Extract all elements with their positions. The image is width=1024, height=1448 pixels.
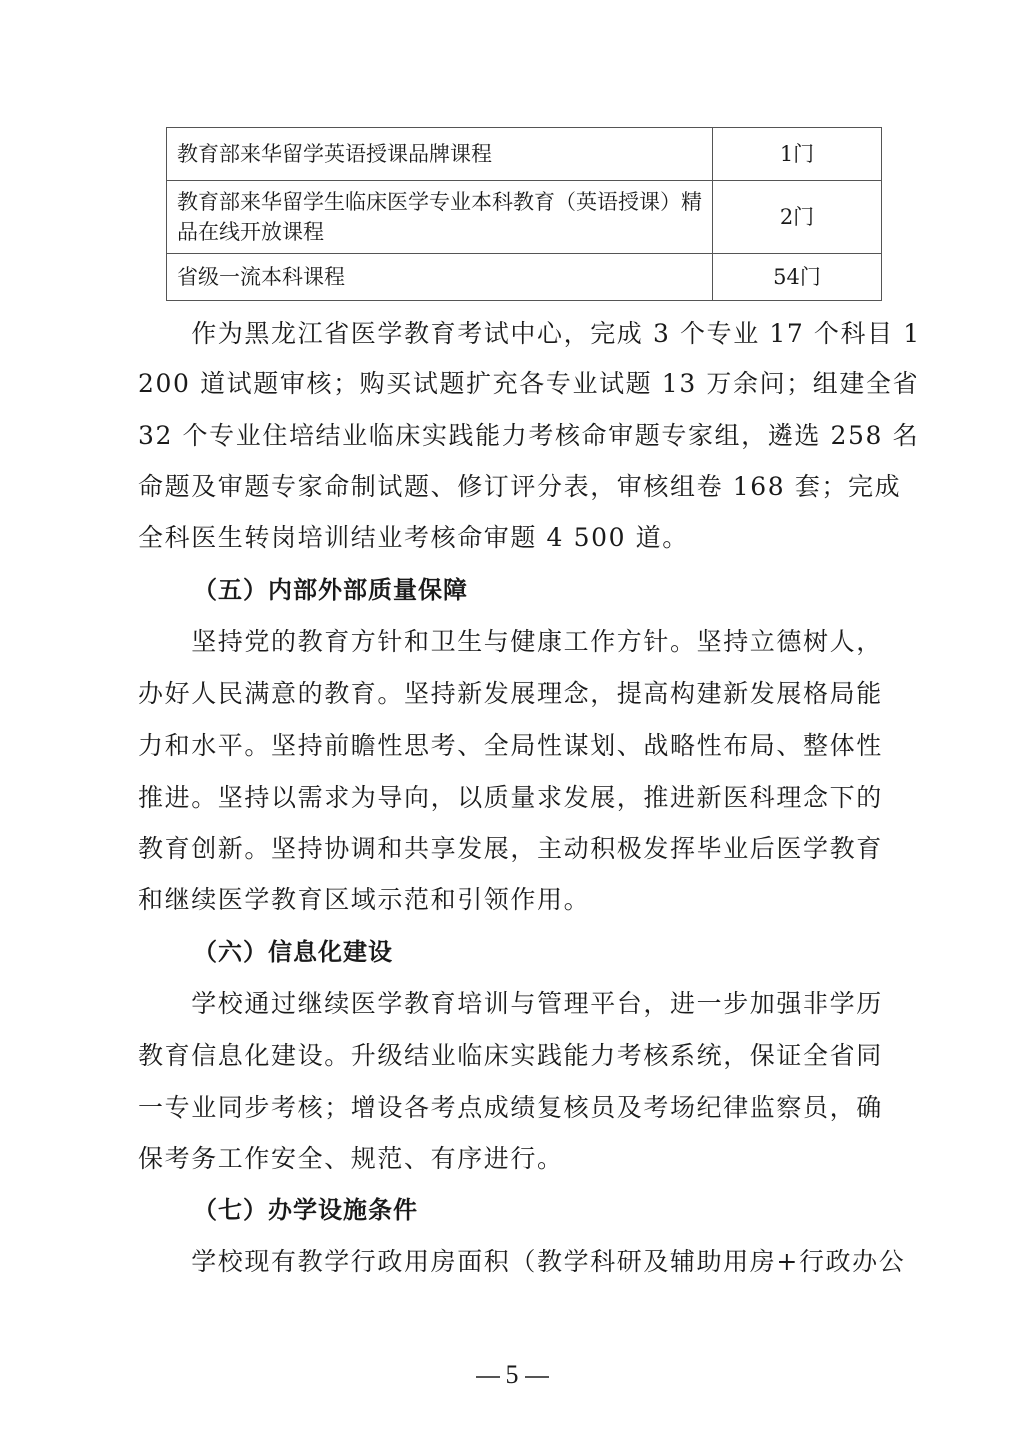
course-name: 教育部来华留学生临床医学专业本科教育（英语授课）精品在线开放课程 xyxy=(167,181,713,254)
course-name: 省级一流本科课程 xyxy=(167,254,713,301)
course-count: 1门 xyxy=(713,128,882,181)
paragraph-line: 坚持党的教育方针和卫生与健康工作方针。坚持立德树人， xyxy=(138,622,914,658)
paragraph-line: 200 道试题审核；购买试题扩充各专业试题 13 万余问；组建全省 xyxy=(138,364,914,400)
paragraph-line: 保考务工作安全、规范、有序进行。 xyxy=(138,1139,914,1175)
document-page: 教育部来华留学英语授课品牌课程 1门 教育部来华留学生临床医学专业本科教育（英语… xyxy=(0,0,1024,1448)
table-row: 教育部来华留学生临床医学专业本科教育（英语授课）精品在线开放课程 2门 xyxy=(167,181,882,254)
paragraph-line: 力和水平。坚持前瞻性思考、全局性谋划、战略性布局、整体性 xyxy=(138,726,914,762)
paragraph-line: 学校通过继续医学教育培训与管理平台，进一步加强非学历 xyxy=(138,984,914,1020)
paragraph-line: 命题及审题专家命制试题、修订评分表，审核组卷 168 套；完成 xyxy=(138,467,914,503)
paragraph-line: 全科医生转岗培训结业考核命审题 4 500 道。 xyxy=(138,518,914,554)
courses-table: 教育部来华留学英语授课品牌课程 1门 教育部来华留学生临床医学专业本科教育（英语… xyxy=(166,127,882,301)
paragraph-line: 推进。坚持以需求为导向，以质量求发展，推进新医科理念下的 xyxy=(138,778,914,814)
table-row: 教育部来华留学英语授课品牌课程 1门 xyxy=(167,128,882,181)
dash-decoration xyxy=(525,1376,549,1378)
table-row: 省级一流本科课程 54门 xyxy=(167,254,882,301)
paragraph-line: 作为黑龙江省医学教育考试中心，完成 3 个专业 17 个科目 1 xyxy=(138,314,914,350)
paragraph-line: 和继续医学教育区域示范和引领作用。 xyxy=(138,880,914,916)
paragraph-line: 学校现有教学行政用房面积（教学科研及辅助用房+行政办公 xyxy=(138,1242,914,1278)
paragraph-line: 一专业同步考核；增设各考点成绩复核员及考场纪律监察员，确 xyxy=(138,1088,914,1124)
section-heading: （五）内部外部质量保障 xyxy=(193,570,468,605)
course-count: 54门 xyxy=(713,254,882,301)
course-count: 2门 xyxy=(713,181,882,254)
paragraph-line: 办好人民满意的教育。坚持新发展理念，提高构建新发展格局能 xyxy=(138,674,914,710)
section-heading: （七）办学设施条件 xyxy=(193,1190,418,1225)
section-heading: （六）信息化建设 xyxy=(193,932,393,967)
page-number: 5 xyxy=(506,1360,519,1389)
paragraph-line: 教育信息化建设。升级结业临床实践能力考核系统，保证全省同 xyxy=(138,1036,914,1072)
paragraph-line: 教育创新。坚持协调和共享发展，主动积极发挥毕业后医学教育 xyxy=(138,829,914,865)
paragraph-line: 32 个专业住培结业临床实践能力考核命审题专家组，遴选 258 名 xyxy=(138,416,914,452)
course-name: 教育部来华留学英语授课品牌课程 xyxy=(167,128,713,181)
dash-decoration xyxy=(476,1376,500,1378)
page-footer: 5 xyxy=(0,1360,1024,1390)
